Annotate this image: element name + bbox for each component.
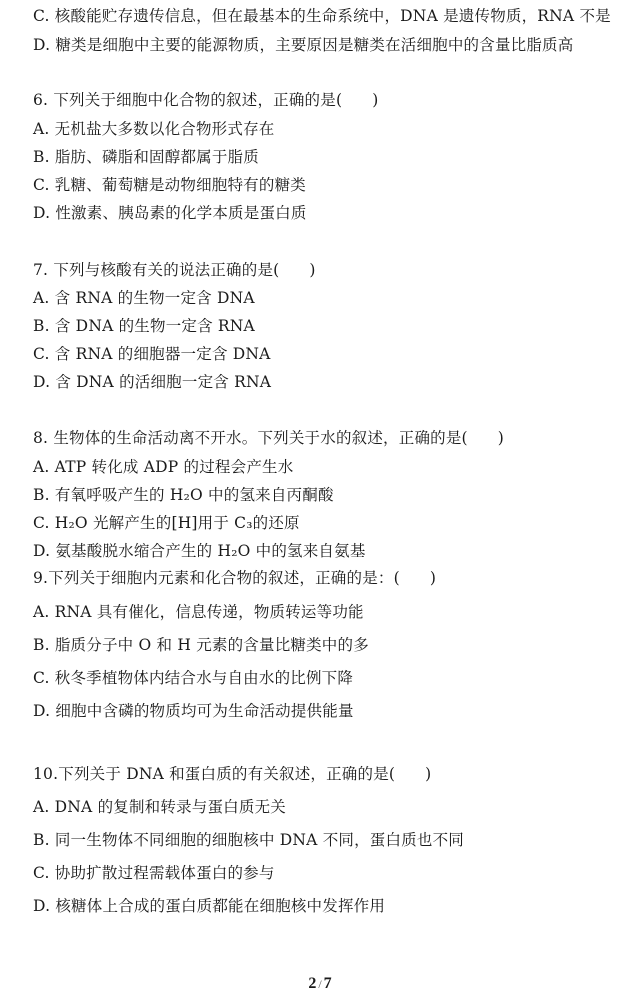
option-text: 性激素、胰岛素的化学本质是蛋白质: [55, 204, 306, 222]
option-text: 无机盐大多数以化合物形式存在: [55, 120, 275, 138]
close-paren: ): [430, 569, 436, 587]
question-9-option-a: A. RNA 具有催化，信息传递，物质转运等功能: [33, 602, 364, 622]
option-text: 脂肪、磷脂和固醇都属于脂质: [55, 148, 259, 166]
question-text: 下列关于细胞中化合物的叙述，正确的是(: [53, 91, 342, 109]
option-label: A.: [33, 457, 50, 477]
option-text: 含 RNA 的细胞器一定含 DNA: [55, 345, 271, 363]
question-8-option-a: A. ATP 转化成 ADP 的过程会产生水: [33, 457, 293, 477]
question-9-stem: 9.下列关于细胞内元素和化合物的叙述，正确的是：(): [33, 568, 436, 588]
option-text: 含 DNA 的活细胞一定含 RNA: [55, 373, 271, 391]
option-text: 同一生物体不同细胞的细胞核中 DNA 不同，蛋白质也不同: [55, 831, 464, 849]
question-7-stem: 7. 下列与核酸有关的说法正确的是(): [33, 260, 316, 280]
option-label: A.: [33, 288, 50, 308]
option-label: B.: [33, 147, 50, 167]
option-prev-d: D. 糖类是细胞中主要的能源物质，主要原因是糖类在活细胞中的含量比脂质高: [33, 35, 573, 55]
option-label: B.: [33, 830, 50, 850]
option-label: A.: [33, 797, 50, 817]
page-separator: /: [318, 977, 321, 991]
question-text: 生物体的生命活动离不开水。下列关于水的叙述，正确的是(: [53, 429, 467, 447]
option-label: D.: [33, 203, 50, 223]
question-text: 下列关于细胞内元素和化合物的叙述，正确的是：(: [48, 569, 400, 587]
question-8-option-c: C. H₂O 光解产生的[H]用于 C₃的还原: [33, 513, 300, 533]
question-10-option-d: D. 核糖体上合成的蛋白质都能在细胞核中发挥作用: [33, 896, 385, 916]
option-label: D.: [33, 35, 50, 55]
option-text: 含 RNA 的生物一定含 DNA: [55, 289, 255, 307]
option-label: D.: [33, 372, 50, 392]
question-7-option-a: A. 含 RNA 的生物一定含 DNA: [33, 288, 255, 308]
option-text: 乳糖、葡萄糖是动物细胞特有的糖类: [55, 176, 306, 194]
option-label: A.: [33, 602, 50, 622]
option-text: 脂质分子中 O 和 H 元素的含量比糖类中的多: [55, 636, 369, 654]
option-label: B.: [33, 485, 50, 505]
option-prev-c: C. 核酸能贮存遗传信息，但在最基本的生命系统中，DNA 是遗传物质，RNA 不…: [33, 6, 611, 26]
option-text: 核糖体上合成的蛋白质都能在细胞核中发挥作用: [55, 897, 385, 915]
close-paren: ): [425, 765, 431, 783]
question-number: 6.: [33, 91, 48, 109]
option-text: 氨基酸脱水缩合产生的 H₂O 中的氢来自氨基: [55, 542, 365, 560]
page-number: 2/7: [0, 975, 640, 993]
question-6-option-b: B. 脂肪、磷脂和固醇都属于脂质: [33, 147, 259, 167]
question-number: 10.: [33, 765, 58, 783]
question-10-option-b: B. 同一生物体不同细胞的细胞核中 DNA 不同，蛋白质也不同: [33, 830, 464, 850]
question-9-option-c: C. 秋冬季植物体内结合水与自由水的比例下降: [33, 668, 353, 688]
option-text: RNA 具有催化，信息传递，物质转运等功能: [55, 603, 364, 621]
question-8-option-b: B. 有氧呼吸产生的 H₂O 中的氢来自丙酮酸: [33, 485, 334, 505]
option-label: D.: [33, 701, 50, 721]
question-8-option-d: D. 氨基酸脱水缩合产生的 H₂O 中的氢来自氨基: [33, 541, 366, 561]
question-number: 8.: [33, 429, 48, 447]
question-10-stem: 10.下列关于 DNA 和蛋白质的有关叙述，正确的是(): [33, 764, 431, 784]
close-paren: ): [372, 91, 378, 109]
question-8-stem: 8. 生物体的生命活动离不开水。下列关于水的叙述，正确的是(): [33, 428, 504, 448]
question-number: 9.: [33, 569, 48, 587]
option-text: 协助扩散过程需载体蛋白的参与: [55, 864, 275, 882]
option-text: 含 DNA 的生物一定含 RNA: [55, 317, 255, 335]
question-7-option-b: B. 含 DNA 的生物一定含 RNA: [33, 316, 255, 336]
question-9-option-d: D. 细胞中含磷的物质均可为生命活动提供能量: [33, 701, 354, 721]
option-text: 细胞中含磷的物质均可为生命活动提供能量: [55, 702, 353, 720]
question-7-option-c: C. 含 RNA 的细胞器一定含 DNA: [33, 344, 271, 364]
option-label: B.: [33, 316, 50, 336]
question-6-option-c: C. 乳糖、葡萄糖是动物细胞特有的糖类: [33, 175, 306, 195]
question-number: 7.: [33, 261, 48, 279]
question-9-option-b: B. 脂质分子中 O 和 H 元素的含量比糖类中的多: [33, 635, 369, 655]
question-10-option-a: A. DNA 的复制和转录与蛋白质无关: [33, 797, 286, 817]
option-label: C.: [33, 6, 50, 26]
option-label: B.: [33, 635, 50, 655]
current-page: 2: [308, 975, 316, 992]
option-text: H₂O 光解产生的[H]用于 C₃的还原: [55, 514, 300, 532]
option-text: ATP 转化成 ADP 的过程会产生水: [55, 458, 294, 476]
question-10-option-c: C. 协助扩散过程需载体蛋白的参与: [33, 863, 275, 883]
option-text: 糖类是细胞中主要的能源物质，主要原因是糖类在活细胞中的含量比脂质高: [55, 36, 573, 54]
option-text: 有氧呼吸产生的 H₂O 中的氢来自丙酮酸: [55, 486, 334, 504]
question-text: 下列与核酸有关的说法正确的是(: [53, 261, 279, 279]
option-label: C.: [33, 175, 50, 195]
option-text: 秋冬季植物体内结合水与自由水的比例下降: [55, 669, 353, 687]
question-6-option-a: A. 无机盐大多数以化合物形式存在: [33, 119, 274, 139]
option-text: DNA 的复制和转录与蛋白质无关: [55, 798, 286, 816]
close-paren: ): [498, 429, 504, 447]
question-6-stem: 6. 下列关于细胞中化合物的叙述，正确的是(): [33, 90, 378, 110]
option-label: C.: [33, 668, 50, 688]
option-label: C.: [33, 344, 50, 364]
question-7-option-d: D. 含 DNA 的活细胞一定含 RNA: [33, 372, 271, 392]
option-label: C.: [33, 513, 50, 533]
question-6-option-d: D. 性激素、胰岛素的化学本质是蛋白质: [33, 203, 307, 223]
question-text: 下列关于 DNA 和蛋白质的有关叙述，正确的是(: [58, 765, 395, 783]
option-label: D.: [33, 541, 50, 561]
option-label: A.: [33, 119, 50, 139]
close-paren: ): [309, 261, 315, 279]
option-label: D.: [33, 896, 50, 916]
option-label: C.: [33, 863, 50, 883]
option-text: 核酸能贮存遗传信息，但在最基本的生命系统中，DNA 是遗传物质，RNA 不是: [55, 7, 611, 25]
total-pages: 7: [324, 975, 332, 992]
